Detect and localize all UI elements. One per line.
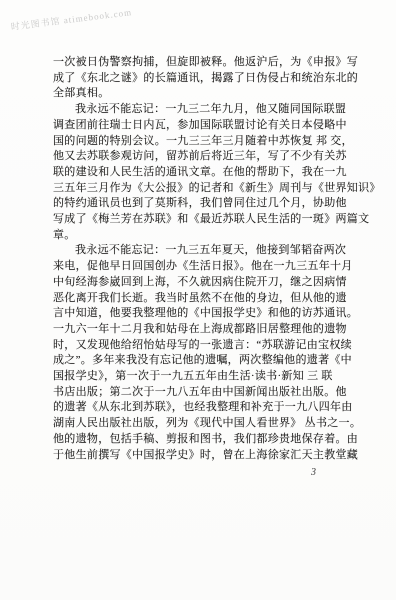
text-line: 的遗著《从东北到苏联》，也经我整理和补充于一九八四年由: [53, 400, 351, 416]
text-block: 一次被日伪警察拘捕，但旋即被释。他返沪后，为《申报》写成了《东北之谜》的长篇通讯…: [53, 55, 351, 463]
text-line: 写成了《梅兰芳在苏联》和《最近苏联人民生活的一斑》两篇文: [53, 212, 351, 228]
text-line: 书店出版；第二次于一九八五年由中国新闻出版社出版。他: [53, 385, 351, 401]
text-line: 来电，促他早日回国创办《生活日报》。他在一九三五年十月: [53, 259, 351, 275]
text-line: 调查团前往瑞士日内瓦，参加国际联盟讨论有关日本侵略中: [53, 118, 351, 134]
text-line: 成了《东北之谜》的长篇通讯，揭露了日伪侵占和统治东北的: [53, 71, 351, 87]
text-line: 他的遗物，包括手稿、剪报和图书，我们都珍贵地保存着。由: [53, 432, 351, 448]
text-line: 三五年三月作为《大公报》的记者和《新生》周刊与《世界知识》: [53, 181, 351, 197]
text-line: 联的建设和人民生活的通讯文章。在他的帮助下，我在一九: [53, 165, 351, 181]
text-line: 于他生前撰写《中国报学史》时，曾在上海徐家汇天主教堂藏: [53, 448, 351, 464]
library-watermark: 时光图书馆 atimebook.com: [10, 5, 133, 33]
text-line: 湖南人民出版社出版，列为《现代中国人看世界》 丛书之一。: [53, 416, 351, 432]
text-line: 言中知道，他要我整理他的《中国报学史》和他的访苏通讯。: [53, 306, 351, 322]
text-line: 全部真相。: [53, 86, 351, 102]
text-line: 一次被日伪警察拘捕，但旋即被释。他返沪后，为《申报》写: [53, 55, 351, 71]
text-line: 我永远不能忘记：一九三二年九月，他又随同国际联盟: [53, 102, 351, 118]
book-page: 时光图书馆 atimebook.com 一次被日伪警察拘捕，但旋即被释。他返沪后…: [0, 0, 396, 600]
text-line: 时，又发现他给绍怡姑母写的一张遗言：“苏联游记由宝权续: [53, 338, 351, 354]
text-line: 一九六一年十二月我和姑母在上海成都路旧居整理他的遗物: [53, 322, 351, 338]
text-line: 成之”。多年来我没有忘记他的遗嘱，两次整编他的遗著《中: [53, 353, 351, 369]
text-line: 国报学史》，第一次于一九五五年由生活·读书·新知 三 联: [53, 369, 351, 385]
text-line: 恶化离开我们长逝。我当时虽然不在他的身边，但从他的遗: [53, 291, 351, 307]
text-line: 国的问题的特别会议。一九三三年三月随着中苏恢复 邦 交，: [53, 134, 351, 150]
text-line: 的特约通讯员也到了莫斯科，我们曾同住过几个月，协助他: [53, 196, 351, 212]
text-line: 章。: [53, 228, 351, 244]
text-line: 我永远不能忘记：一九三五年夏天，他接到邹韬奋两次: [53, 243, 351, 259]
text-line: 他又去苏联参观访问，留苏前后将近三年，写了不少有关苏: [53, 149, 351, 165]
page-number: 3: [311, 467, 316, 478]
text-line: 中旬经海参崴回到上海，不久就因病住院开刀，继之因病情: [53, 275, 351, 291]
